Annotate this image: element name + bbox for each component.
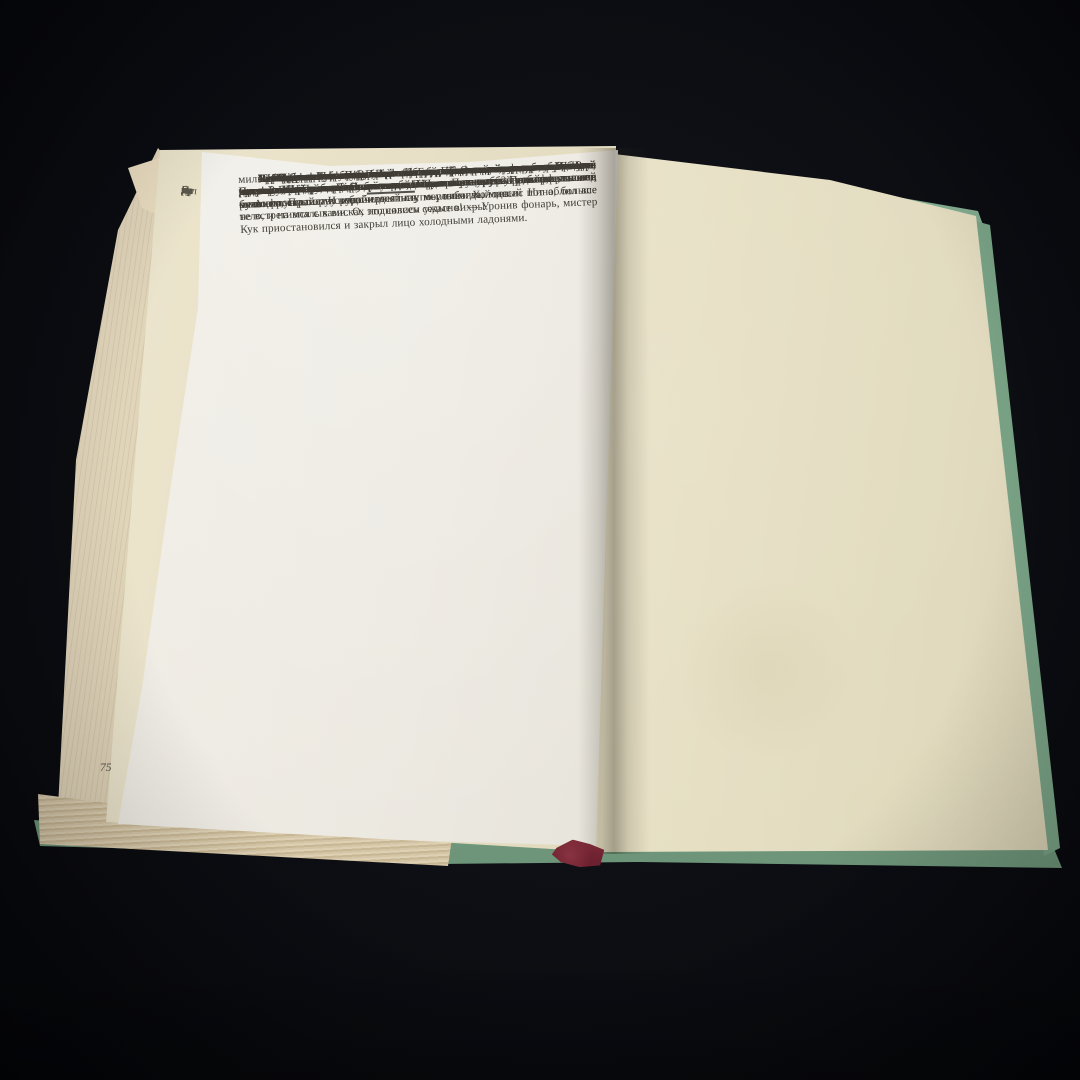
page-number: 75 <box>100 762 112 774</box>
margin-fragment: вс <box>181 184 193 197</box>
photo-open-book: идурапрголбадрВтерожрекоисаспвоОпрдуНщму… <box>0 0 1080 1080</box>
